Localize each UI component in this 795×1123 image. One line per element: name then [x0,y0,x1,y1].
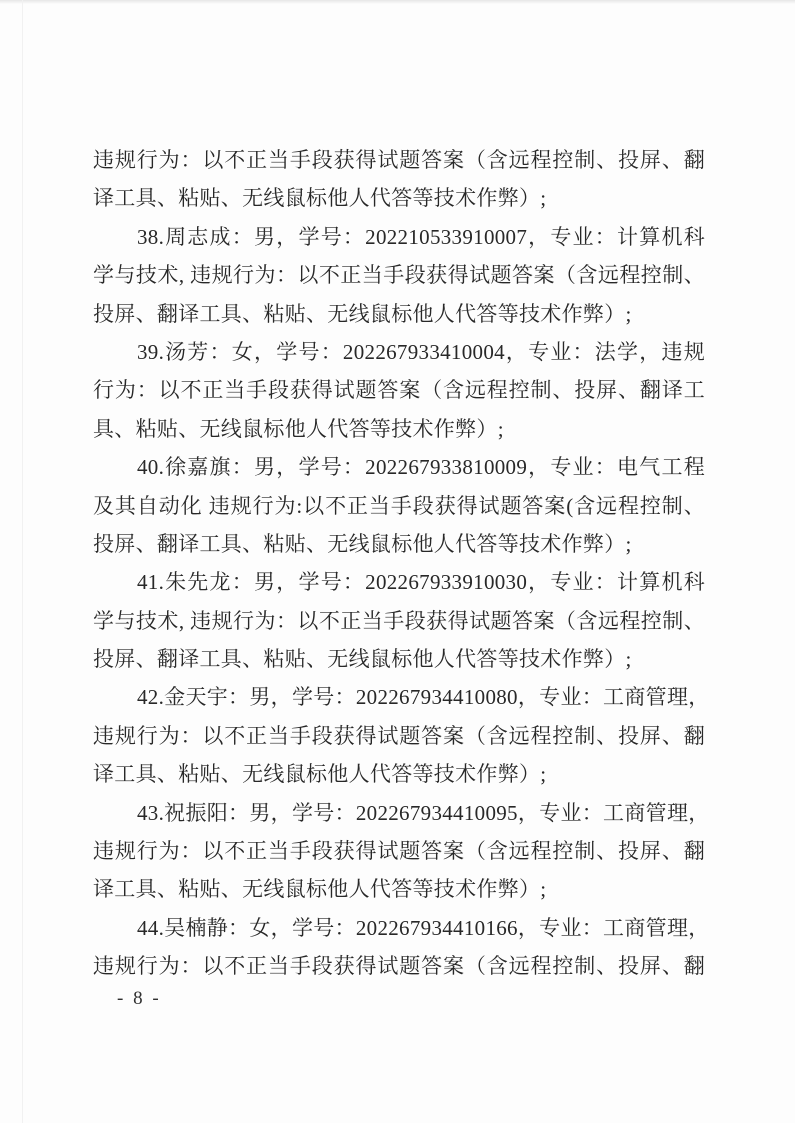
text-line: 违规行为：以不正当手段获得试题答案（含远程控制、投屏、翻 [93,141,705,179]
text-line: 行为：以不正当手段获得试题答案（含远程控制、投屏、翻译工 [93,371,705,409]
text-line: 43.祝振阳：男，学号：202267934410095，专业：工商管理， [93,794,705,832]
text-line: 及其自动化 违规行为:以不正当手段获得试题答案(含远程控制、 [93,487,705,525]
text-line: 学与技术, 违规行为：以不正当手段获得试题答案（含远程控制、 [93,602,705,640]
text-line: 违规行为：以不正当手段获得试题答案（含远程控制、投屏、翻 [93,717,705,755]
text-line: 违规行为：以不正当手段获得试题答案（含远程控制、投屏、翻 [93,832,705,870]
scan-edge-top-artifact [0,0,795,4]
text-line: 译工具、粘贴、无线鼠标他人代答等技术作弊）; [93,179,705,217]
text-line: 44.吴楠静：女，学号：202267934410166，专业：工商管理， [93,909,705,947]
text-line: 学与技术, 违规行为：以不正当手段获得试题答案（含远程控制、 [93,256,705,294]
text-line: 42.金天宇：男，学号：202267934410080，专业：工商管理， [93,678,705,716]
text-line: 39.汤芳：女，学号：202267933410004，专业：法学，违规 [93,333,705,371]
text-line: 38.周志成：男，学号：202210533910007，专业：计算机科 [93,218,705,256]
text-line: 具、粘贴、无线鼠标他人代答等技术作弊）; [93,410,705,448]
text-line: 译工具、粘贴、无线鼠标他人代答等技术作弊）; [93,755,705,793]
text-line: 40.徐嘉旗：男，学号：202267933810009，专业：电气工程 [93,448,705,486]
text-line: 投屏、翻译工具、粘贴、无线鼠标他人代答等技术作弊）; [93,640,705,678]
text-line: 译工具、粘贴、无线鼠标他人代答等技术作弊）; [93,870,705,908]
scan-edge-left-artifact [22,0,23,1123]
text-line: 41.朱先龙：男，学号：202267933910030，专业：计算机科 [93,563,705,601]
page-number: - 8 - [117,988,161,1010]
document-text-block: 违规行为：以不正当手段获得试题答案（含远程控制、投屏、翻译工具、粘贴、无线鼠标他… [93,141,705,986]
text-line: 投屏、翻译工具、粘贴、无线鼠标他人代答等技术作弊）; [93,525,705,563]
text-line: 违规行为：以不正当手段获得试题答案（含远程控制、投屏、翻 [93,947,705,985]
text-line: 投屏、翻译工具、粘贴、无线鼠标他人代答等技术作弊）; [93,295,705,333]
